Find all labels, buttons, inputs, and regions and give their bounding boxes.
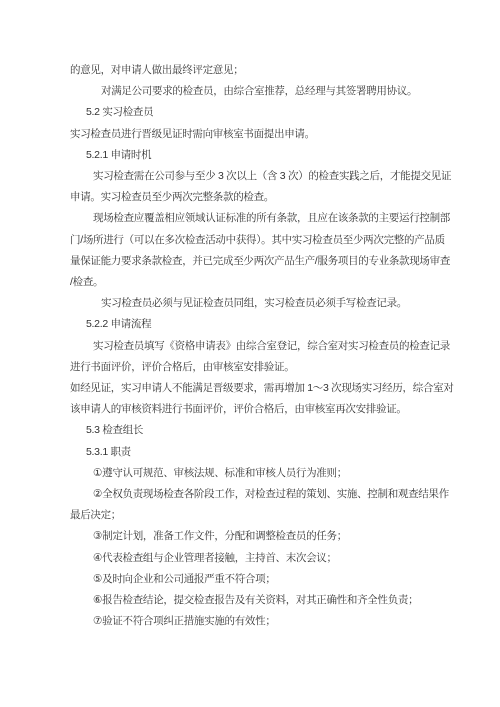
doc-line: 的意见，对申请人做出最终评定意见； xyxy=(70,60,448,81)
document-body: 的意见，对申请人做出最终评定意见； 对满足公司要求的检查员，由综合室推荐，总经理… xyxy=(70,60,448,632)
section-heading-5-3-1: 5.3.1 职责 xyxy=(70,442,448,463)
section-heading-5-2-2: 5.2.2 申请流程 xyxy=(70,314,448,335)
doc-line: 实习检查需在公司参与至少 3 次以上（含 3 次）的检查实践之后，才能提交见证 xyxy=(70,166,448,187)
doc-line: 门/场所进行（可以在多次检查活动中获得）。其中实习检查员至少两次完整的产品质 xyxy=(70,230,448,251)
list-item-3: ③制定计划，准备工作文件，分配和调整检查员的任务； xyxy=(70,526,448,547)
list-item-5: ⑤及时向企业和公司通报严重不符合项； xyxy=(70,569,448,590)
list-item-2: ②全权负责现场检查各阶段工作，对检查过程的策划、实施、控制和观查结果作 xyxy=(70,484,448,505)
list-item-7: ⑦验证不符合项纠正措施实施的有效性； xyxy=(70,611,448,632)
doc-line: 进行书面评价，评价合格后，由审核室安排验证。 xyxy=(70,357,448,378)
doc-line: 最后决定； xyxy=(70,505,448,526)
doc-line: 如经见证，实习申请人不能满足晋级要求，需再增加 1～3 次现场实习经历，综合室对 xyxy=(70,378,448,399)
section-heading-5-3: 5.3 检查组长 xyxy=(70,420,448,441)
section-heading-5-2-1: 5.2.1 申请时机 xyxy=(70,145,448,166)
doc-line: /检查。 xyxy=(70,272,448,293)
doc-line: 现场检查应覆盖相应领域认证标准的所有条款，且应在该条款的主要运行控制部 xyxy=(70,208,448,229)
doc-line: 实习检查员必须与见证检查员同组，实习检查员必须手写检查记录。 xyxy=(70,293,448,314)
doc-line: 实习检查员填写《资格申请表》由综合室登记，综合室对实习检查员的检查记录 xyxy=(70,336,448,357)
doc-line: 对满足公司要求的检查员，由综合室推荐，总经理与其签署聘用协议。 xyxy=(70,81,448,102)
list-item-6: ⑥报告检查结论，提交检查报告及有关资料，对其正确性和齐全性负责； xyxy=(70,590,448,611)
doc-line: 该申请人的审核资料进行书面评价，评价合格后，由审核室再次安排验证。 xyxy=(70,399,448,420)
doc-line: 实习检查员进行晋级见证时需向审核室书面提出申请。 xyxy=(70,124,448,145)
list-item-1: ①遵守认可规范、审核法规、标准和审核人员行为准则； xyxy=(70,463,448,484)
list-item-4: ④代表检查组与企业管理者接触，主持首、末次会议； xyxy=(70,548,448,569)
doc-line: 量保证能力要求条款检查，并已完成至少两次产品生产/服务项目的专业条款现场审查 xyxy=(70,251,448,272)
doc-line: 申请。实习检查员至少两次完整条款的检查。 xyxy=(70,187,448,208)
document-page: 的意见，对申请人做出最终评定意见； 对满足公司要求的检查员，由综合室推荐，总经理… xyxy=(0,0,500,707)
section-heading-5-2: 5.2 实习检查员 xyxy=(70,102,448,123)
